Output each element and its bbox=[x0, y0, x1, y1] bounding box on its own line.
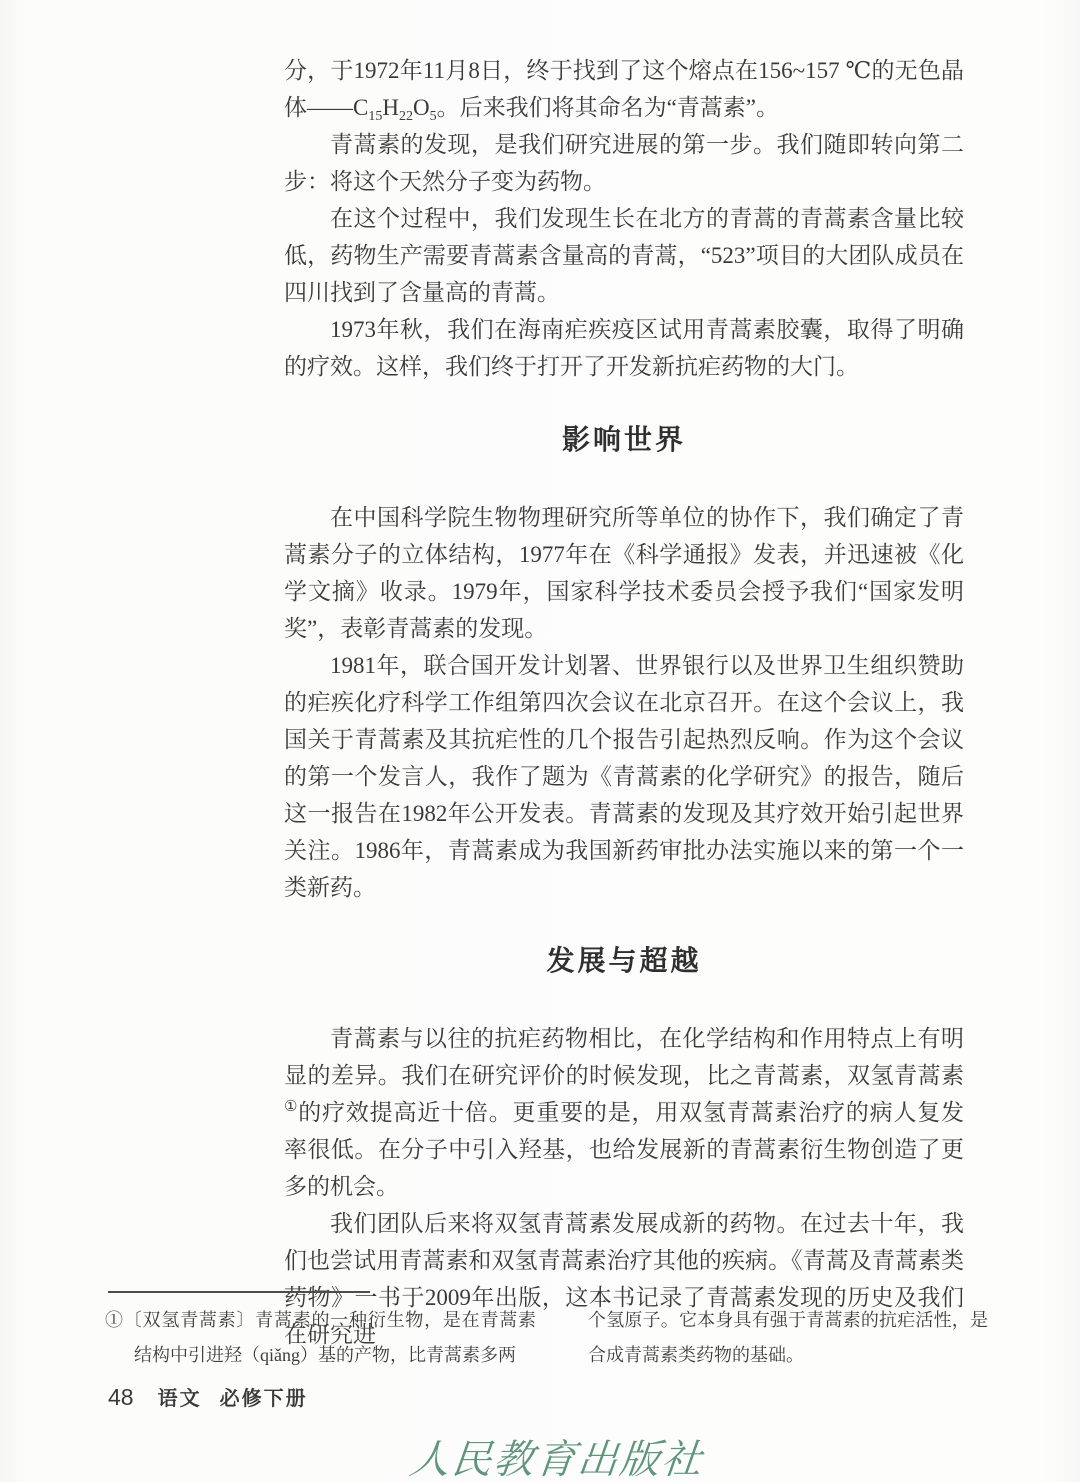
section-heading-influence-world: 影响世界 bbox=[284, 425, 964, 455]
paragraph-dihydroartemisinin: 青蒿素与以往的抗疟药物相比，在化学结构和作用特点上有明显的差异。我们在研究评价的… bbox=[284, 1020, 964, 1205]
paragraph-high-content-qinghao: 在这个过程中，我们发现生长在北方的青蒿的青蒿素含量比较低，药物生产需要青蒿素含量… bbox=[284, 200, 964, 311]
book-volume-label: 必修下册 bbox=[220, 1382, 308, 1411]
footnote-divider-rule bbox=[108, 1291, 370, 1293]
chemical-subscript: 5 bbox=[430, 109, 437, 124]
page-footer: 48 语文 必修下册 bbox=[108, 1382, 308, 1411]
textbook-page: 分，于1972年11月8日，终于找到了这个熔点在156~157 ℃的无色晶体——… bbox=[0, 0, 1080, 1482]
paragraph-text: 青蒿素与以往的抗疟药物相比，在化学结构和作用特点上有明显的差异。我们在研究评价的… bbox=[284, 1026, 964, 1088]
footnote-left-column: ①〔双氢青蒿素〕青蒿素的一种衍生物，是在青蒿素结构中引进羟（qiǎng）基的产物… bbox=[105, 1303, 536, 1373]
paragraph-beijing-conference: 1981年，联合国开发计划署、世界银行以及世界卫生组织赞助的疟疾化疗科学工作组第… bbox=[284, 647, 964, 906]
paragraph-hainan-trial: 1973年秋，我们在海南疟疾疫区试用青蒿素胶囊，取得了明确的疗效。这样，我们终于… bbox=[284, 311, 964, 385]
footnote-reference-marker: ① bbox=[284, 1099, 298, 1115]
paragraph-text: 的疗效提高近十倍。更重要的是，用双氢青蒿素治疗的病人复发率很低。在分子中引入羟基… bbox=[284, 1100, 964, 1199]
paragraph-crystal-discovery: 分，于1972年11月8日，终于找到了这个熔点在156~157 ℃的无色晶体——… bbox=[284, 52, 964, 126]
chemical-subscript: 15 bbox=[368, 109, 382, 124]
chemical-symbol: O bbox=[413, 95, 430, 120]
paragraph-text: 。后来我们将其命名为“青蒿素”。 bbox=[437, 95, 779, 120]
main-text-column: 分，于1972年11月8日，终于找到了这个熔点在156~157 ℃的无色晶体——… bbox=[284, 52, 964, 1353]
section-heading-development-transcendence: 发展与超越 bbox=[284, 946, 964, 976]
paragraph-first-step: 青蒿素的发现，是我们研究进展的第一步。我们随即转向第二步：将这个天然分子变为药物… bbox=[284, 126, 964, 200]
book-subject-label: 语文 bbox=[158, 1382, 202, 1411]
publisher-logo-calligraphy: 人民教育出版社 bbox=[407, 1428, 707, 1482]
footnote-right-column: 个氢原子。它本身具有强于青蒿素的抗疟活性，是合成青蒿素类药物的基础。 bbox=[588, 1303, 988, 1373]
page-number: 48 bbox=[108, 1384, 134, 1411]
chemical-symbol: H bbox=[382, 95, 399, 120]
chemical-subscript: 22 bbox=[399, 109, 413, 124]
paragraph-structure-publication: 在中国科学院生物物理研究所等单位的协作下，我们确定了青蒿素分子的立体结构，197… bbox=[284, 499, 964, 647]
